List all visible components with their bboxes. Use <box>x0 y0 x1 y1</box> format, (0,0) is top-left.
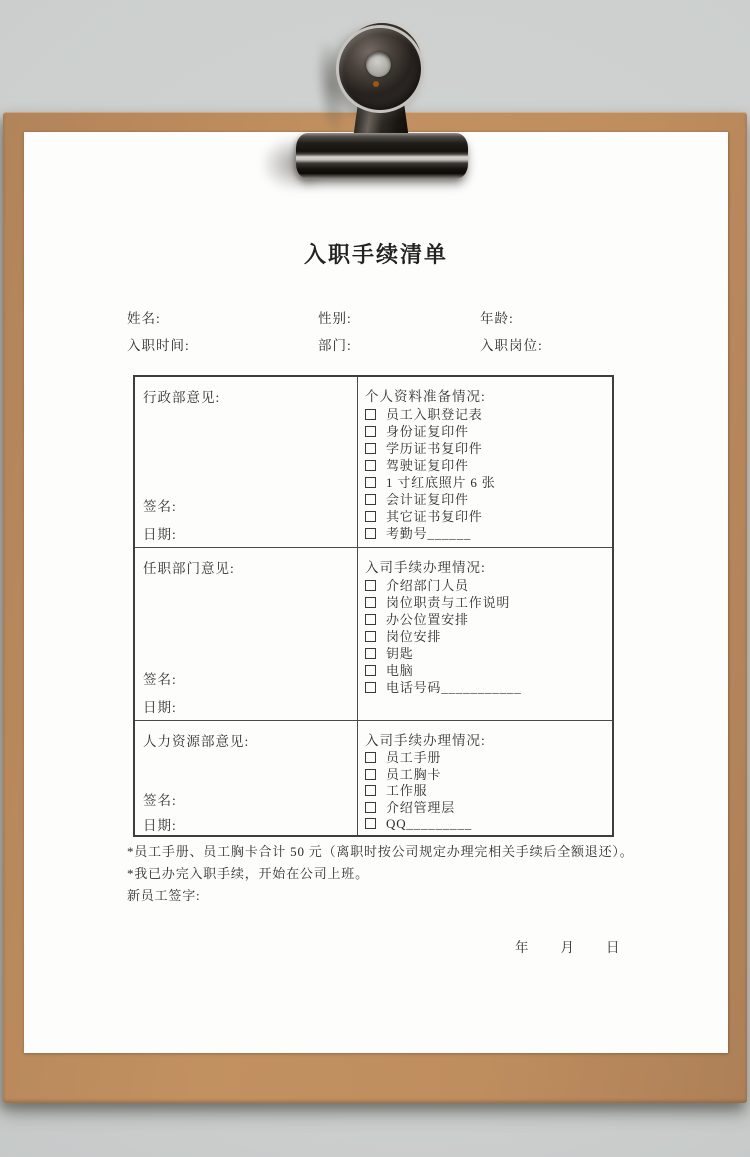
checklist-item: 岗位职责与工作说明 <box>365 594 605 611</box>
checkbox-icon <box>365 409 376 420</box>
checklist-item: 介绍部门人员 <box>365 577 605 594</box>
checklist-item-label: 岗位安排 <box>386 629 441 644</box>
date-label: 日期: <box>143 523 177 543</box>
checklist-item-label: 员工胸卡 <box>386 767 441 782</box>
photo-backdrop: 入职手续清单 姓名: 性别: 年龄: 入职时间: 部门: 入职岗位: 行政部意见… <box>0 0 750 1157</box>
checklist-item: 员工入职登记表 <box>365 406 605 423</box>
document-title: 入职手续清单 <box>24 238 728 269</box>
new-employee-signature-label: 新员工签字: <box>127 885 634 907</box>
checklist-item-label: 员工手册 <box>386 750 441 765</box>
checklist-item-label: QQ_________ <box>386 816 472 831</box>
checkbox-icon <box>365 614 376 625</box>
checklist-cell: 入司手续办理情况: 介绍部门人员 岗位职责与工作说明 办公位置安排 岗位安排 钥… <box>358 548 612 720</box>
opinion-label: 任职部门意见: <box>143 557 349 577</box>
checklist-item: 考勤号______ <box>365 525 605 542</box>
checklist: 员工手册 员工胸卡 工作服 介绍管理层 QQ_________ <box>365 750 605 833</box>
checklist-cell: 入司手续办理情况: 员工手册 员工胸卡 工作服 介绍管理层 QQ________… <box>358 721 612 835</box>
checklist-item-label: 考勤号______ <box>386 526 471 541</box>
checklist-item-label: 岗位职责与工作说明 <box>386 595 510 610</box>
field-name: 姓名: <box>127 307 161 327</box>
checkbox-icon <box>365 597 376 608</box>
field-entry-date: 入职时间: <box>127 334 190 354</box>
date-label: 日期: <box>143 814 177 834</box>
checklist-item-label: 钥匙 <box>386 646 414 661</box>
opinion-label: 人力资源部意见: <box>143 730 349 750</box>
sign-label: 签名: <box>143 495 177 515</box>
date-line: 年月日 <box>515 936 652 956</box>
checkbox-icon <box>365 460 376 471</box>
checklist-item: 岗位安排 <box>365 628 605 645</box>
checklist-item-label: 学历证书复印件 <box>386 441 483 456</box>
table-row-admin: 行政部意见: 签名: 日期: 个人资料准备情况: 员工入职登记表 身份证复印件 … <box>135 377 612 547</box>
checklist: 员工入职登记表 身份证复印件 学历证书复印件 驾驶证复印件 1 寸红底照片 6 … <box>365 406 605 542</box>
checklist-item: 电话号码___________ <box>365 679 605 696</box>
checkbox-icon <box>365 528 376 539</box>
checkbox-icon <box>365 818 376 829</box>
checklist-item-label: 介绍部门人员 <box>386 578 469 593</box>
checklist: 介绍部门人员 岗位职责与工作说明 办公位置安排 岗位安排 钥匙 电脑 电话号码_… <box>365 577 605 696</box>
checklist-item-label: 其它证书复印件 <box>386 509 483 524</box>
checkbox-icon <box>365 443 376 454</box>
checklist-item-label: 1 寸红底照片 6 张 <box>386 475 496 490</box>
table-row-hr: 人力资源部意见: 签名: 日期: 入司手续办理情况: 员工手册 员工胸卡 工作服… <box>135 720 612 835</box>
field-gender: 性别: <box>318 307 352 327</box>
clip-bar <box>296 133 468 179</box>
field-position: 入职岗位: <box>480 334 543 354</box>
table-row-department: 任职部门意见: 签名: 日期: 入司手续办理情况: 介绍部门人员 岗位职责与工作… <box>135 547 612 720</box>
checklist-item-label: 工作服 <box>386 783 427 798</box>
opinion-cell: 行政部意见: 签名: 日期: <box>135 377 358 547</box>
checklist-item: 介绍管理层 <box>365 800 605 817</box>
sign-label: 签名: <box>143 668 177 688</box>
checklist-item: QQ_________ <box>365 816 605 833</box>
note-confirmation: *我已办完入职手续，开始在公司上班。 <box>127 863 634 885</box>
checklist-item: 办公位置安排 <box>365 611 605 628</box>
clip-reflection <box>373 81 379 87</box>
checkbox-icon <box>365 802 376 813</box>
checklist-item: 工作服 <box>365 783 605 800</box>
checklist-item-label: 驾驶证复印件 <box>386 458 469 473</box>
checkbox-icon <box>365 494 376 505</box>
checkbox-icon <box>365 785 376 796</box>
checklist-item-label: 员工入职登记表 <box>386 407 483 422</box>
checkbox-icon <box>365 511 376 522</box>
day-label: 日 <box>606 936 620 956</box>
checklist-item: 其它证书复印件 <box>365 508 605 525</box>
checklist-title: 入司手续办理情况: <box>365 729 605 749</box>
checkbox-icon <box>365 580 376 591</box>
sign-label: 签名: <box>143 789 177 809</box>
paper-document: 入职手续清单 姓名: 性别: 年龄: 入职时间: 部门: 入职岗位: 行政部意见… <box>24 132 728 1053</box>
field-age: 年龄: <box>480 307 514 327</box>
checkbox-icon <box>365 752 376 763</box>
month-label: 月 <box>561 936 575 956</box>
checklist-item: 驾驶证复印件 <box>365 457 605 474</box>
opinion-cell: 人力资源部意见: 签名: 日期: <box>135 721 358 835</box>
checkbox-icon <box>365 665 376 676</box>
bulldog-clip <box>280 20 480 190</box>
year-label: 年 <box>515 936 529 956</box>
checklist-item: 会计证复印件 <box>365 491 605 508</box>
checkbox-icon <box>365 769 376 780</box>
date-label: 日期: <box>143 696 177 716</box>
checklist-title: 入司手续办理情况: <box>365 556 605 576</box>
checklist-cell: 个人资料准备情况: 员工入职登记表 身份证复印件 学历证书复印件 驾驶证复印件 … <box>358 377 612 547</box>
checklist-item: 员工胸卡 <box>365 767 605 784</box>
checklist-item-label: 会计证复印件 <box>386 492 469 507</box>
opinion-label: 行政部意见: <box>143 386 349 406</box>
footer-notes: *员工手册、员工胸卡合计 50 元（离职时按公司规定办理完相关手续后全额退还）。… <box>127 841 634 907</box>
checklist-item: 1 寸红底照片 6 张 <box>365 474 605 491</box>
form-table: 行政部意见: 签名: 日期: 个人资料准备情况: 员工入职登记表 身份证复印件 … <box>133 375 614 837</box>
checkbox-icon <box>365 682 376 693</box>
checklist-item-label: 身份证复印件 <box>386 424 469 439</box>
checklist-item: 电脑 <box>365 662 605 679</box>
checklist-item-label: 办公位置安排 <box>386 612 469 627</box>
checklist-item: 学历证书复印件 <box>365 440 605 457</box>
checkbox-icon <box>365 477 376 488</box>
checkbox-icon <box>365 426 376 437</box>
checkbox-icon <box>365 648 376 659</box>
checklist-item: 员工手册 <box>365 750 605 767</box>
opinion-cell: 任职部门意见: 签名: 日期: <box>135 548 358 720</box>
checklist-item: 钥匙 <box>365 645 605 662</box>
clip-hole <box>366 52 391 77</box>
checklist-title: 个人资料准备情况: <box>365 385 605 405</box>
field-department: 部门: <box>318 334 352 354</box>
note-fee: *员工手册、员工胸卡合计 50 元（离职时按公司规定办理完相关手续后全额退还）。 <box>127 841 634 863</box>
checklist-item-label: 电话号码___________ <box>386 680 522 695</box>
checklist-item-label: 电脑 <box>386 663 414 678</box>
checklist-item-label: 介绍管理层 <box>386 800 455 815</box>
checkbox-icon <box>365 631 376 642</box>
checklist-item: 身份证复印件 <box>365 423 605 440</box>
